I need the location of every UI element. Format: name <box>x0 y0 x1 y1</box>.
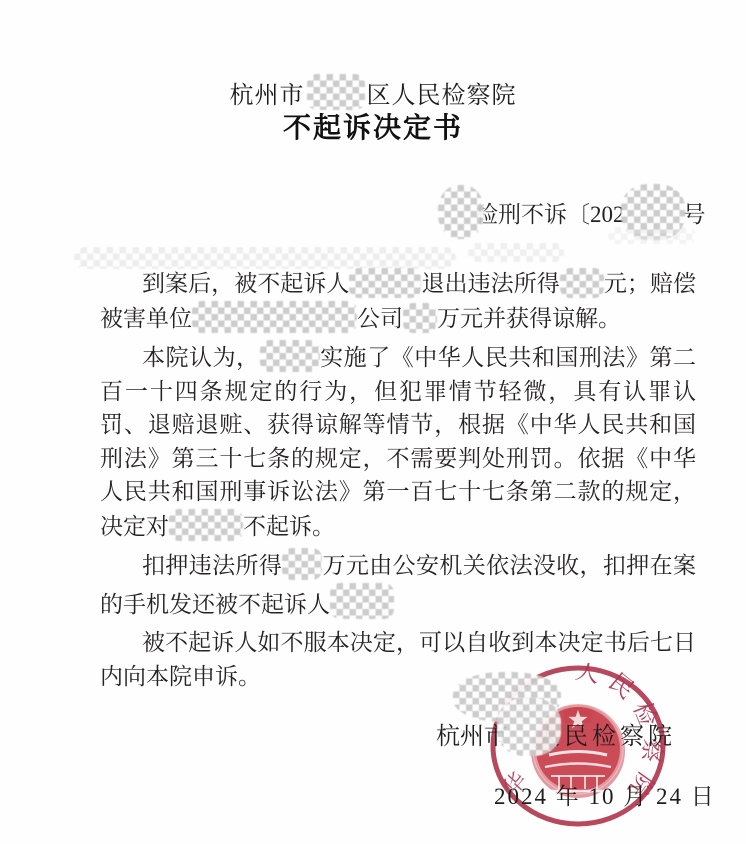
paragraph: 本院认为，实施了《中华人民共和国刑法》第二百一十四条规定的行为，但犯罪情节轻微，… <box>100 340 696 543</box>
paragraph: 扣押违法所得万元由公安机关依法没收，扣押在案的手机发还被不起诉人 <box>100 548 696 621</box>
issuing-authority-title: 杭州市区人民检察院 <box>0 74 746 110</box>
redaction-mosaic <box>438 185 484 239</box>
redaction-mosaic <box>497 698 561 756</box>
doc-number-prefix: 检刑不诉〔202 <box>475 196 625 229</box>
redaction-mosaic <box>282 548 322 580</box>
redaction-mosaic <box>403 303 437 333</box>
redaction-mosaic-faint <box>74 247 456 269</box>
redaction-mosaic <box>169 509 243 541</box>
paragraph: 到案后，被不起诉人退出违法所得元；赔偿被害单位公司万元并获得谅解。 <box>100 267 696 335</box>
document-page: 杭州市区人民检察院 不起诉决定书 检刑不诉〔202 号 到案后，被不起诉人退出违… <box>0 0 746 844</box>
doc-number-suffix: 号 <box>683 196 706 229</box>
redaction-mosaic-faint <box>468 243 564 262</box>
redaction-mosaic <box>349 268 421 298</box>
redaction-mosaic <box>330 583 394 619</box>
date-line: 2024 年 10 月 24 日 <box>494 778 716 811</box>
redaction-mosaic <box>307 74 365 110</box>
redaction-mosaic-faint <box>608 227 696 244</box>
redaction-mosaic <box>192 301 357 333</box>
document-title: 不起诉决定书 <box>0 106 746 146</box>
redaction-mosaic <box>560 268 604 298</box>
body-paragraphs: 到案后，被不起诉人退出违法所得元；赔偿被害单位公司万元并获得谅解。本院认为，实施… <box>100 267 696 698</box>
redaction-mosaic <box>260 340 320 372</box>
